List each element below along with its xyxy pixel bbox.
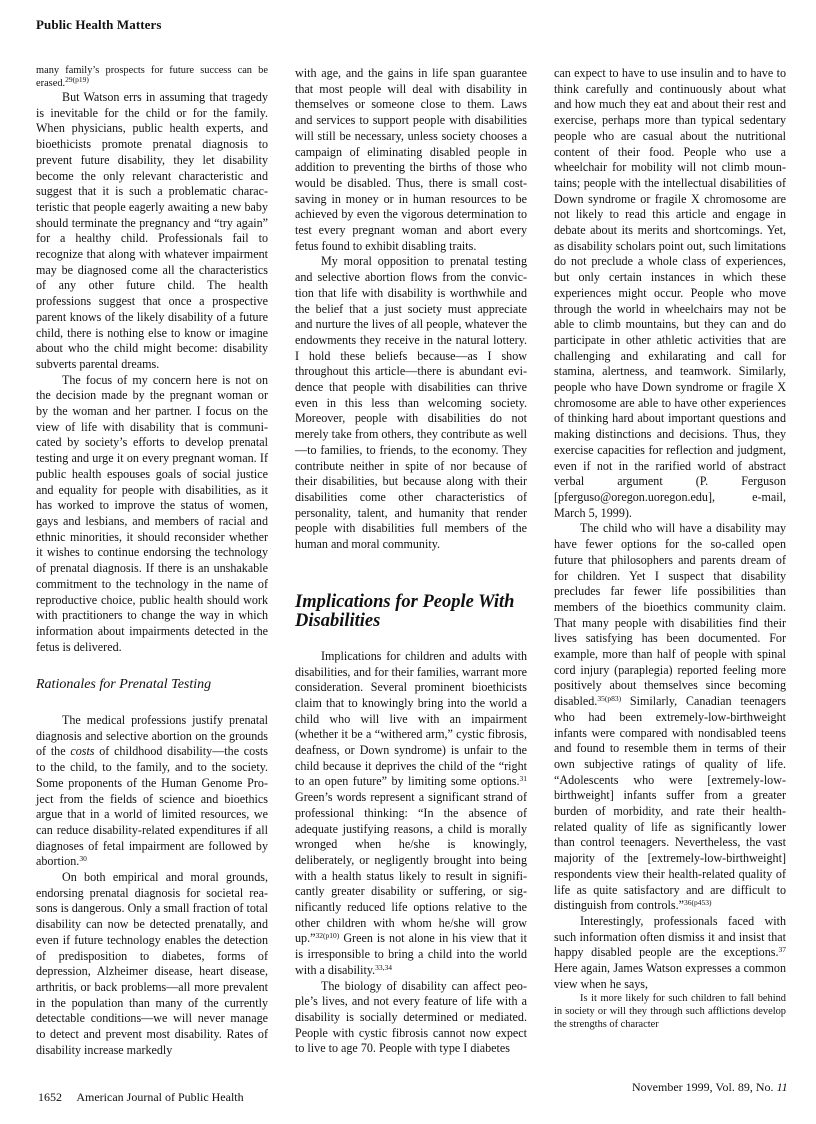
paragraph: The child who will have a disability may…: [554, 521, 786, 914]
text: Green’s words represent a signifi­cant s…: [295, 790, 527, 945]
issue-number: 11: [777, 1080, 788, 1094]
citation: 35(p83): [597, 694, 621, 703]
text: of childhood disability—the costs to the…: [36, 744, 268, 868]
citation: 33,34: [375, 963, 392, 972]
text: Simi­larly, Canadian teenagers who had b…: [554, 694, 786, 912]
section-heading: Implications for People With Disabilitie…: [295, 593, 527, 631]
paragraph: My moral opposition to prenatal testing …: [295, 254, 527, 552]
text: The child who will have a disability may…: [554, 521, 786, 708]
subheading: Rationales for Prenatal Testing: [36, 677, 268, 693]
text: Implications for children and adults wit…: [295, 649, 527, 789]
column-2: with age, and the gains in life span gua…: [295, 66, 527, 1057]
paragraph: But Watson errs in assuming that tragedy…: [36, 90, 268, 373]
paragraph: The medical professions justify prenatal…: [36, 713, 268, 870]
page-number: 1652: [38, 1090, 62, 1104]
footer-right: November 1999, Vol. 89, No. 11: [632, 1080, 788, 1095]
paragraph: The focus of my concern here is not on t…: [36, 373, 268, 656]
paragraph: On both empirical and moral grounds, end…: [36, 870, 268, 1058]
citation: 30: [79, 854, 87, 863]
citation: 29(p19): [65, 75, 89, 84]
block-quote-continuation: many family’s prospects for future succe…: [36, 64, 268, 90]
citation: 37: [779, 945, 787, 954]
running-head: Public Health Matters: [36, 17, 162, 33]
paragraph: The biology of disability can affect peo…: [295, 979, 527, 1058]
paragraph: can expect to have to use insulin and to…: [554, 66, 786, 521]
text: Here again, James Watson expresses a com…: [554, 961, 786, 991]
column-1: many family’s prospects for future succe…: [36, 66, 268, 1058]
paragraph: Interestingly, professionals faced with …: [554, 914, 786, 993]
emphasis: costs: [70, 744, 94, 758]
footer-left: 1652 American Journal of Public Health: [38, 1090, 244, 1105]
citation: 32(p10): [316, 931, 340, 940]
citation: 31: [520, 774, 528, 783]
column-3: can expect to have to use insulin and to…: [554, 66, 786, 1031]
citation: 36(p453): [684, 898, 712, 907]
paragraph: Implications for children and adults wit…: [295, 649, 527, 979]
paragraph: with age, and the gains in life span gua…: [295, 66, 527, 254]
issue-info: November 1999, Vol. 89, No.: [632, 1080, 777, 1094]
block-quote: Is it more likely for such children to f…: [554, 992, 786, 1031]
text: Interestingly, professionals faced with …: [554, 914, 786, 959]
journal-name: American Journal of Public Health: [76, 1090, 243, 1104]
